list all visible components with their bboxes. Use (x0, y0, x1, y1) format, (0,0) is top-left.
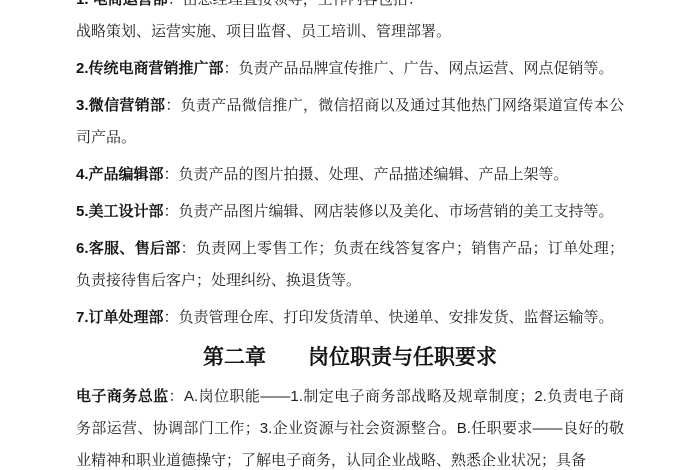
chapter-heading: 第二章岗位职责与任职要求 (76, 339, 624, 377)
org-item-1: 1. 电商运营部：由总经理直接领导，工作内容包括： (76, 0, 624, 16)
dept-name-2: 2.传统电商营销推广部 (76, 60, 224, 77)
chapter-number: 第二章 (203, 346, 266, 369)
chapter-title: 岗位职责与任职要求 (308, 346, 497, 369)
document-page: 1. 电商运营部：由总经理直接领导，工作内容包括： 战略策划、运营实施、项目监督… (0, 0, 700, 470)
org-item-6: 6.客服、售后部：负责网上零售工作；负责在线答复客户；销售产品；订单处理；负责接… (76, 233, 624, 297)
dept-name-3: 3.微信营销部 (76, 97, 165, 114)
org-item-1-continued: 战略策划、运营实施、项目监督、员工培训、管理部署。 (76, 16, 624, 48)
org-item-7: 7.订单处理部：负责管理仓库、打印发货清单、快递单、安排发货、监督运输等。 (76, 302, 624, 334)
dept-desc-7: ：负责管理仓库、打印发货清单、快递单、安排发货、监督运输等。 (164, 309, 614, 326)
dept-name-1: 1. 电商运营部 (76, 0, 168, 8)
org-item-3: 3.微信营销部：负责产品微信推广，微信招商以及通过其他热门网络渠道宣传本公司产品… (76, 90, 624, 154)
dept-desc-5: ：负责产品图片编辑、网店装修以及美化、市场营销的美工支持等。 (164, 203, 614, 220)
dept-desc-2: ：负责产品品牌宣传推广、广告、网点运营、网点促销等。 (224, 60, 614, 77)
dept-name-4: 4.产品编辑部 (76, 166, 164, 183)
org-item-4: 4.产品编辑部：负责产品的图片拍摄、处理、产品描述编辑、产品上架等。 (76, 159, 624, 191)
dept-name-7: 7.订单处理部 (76, 309, 164, 326)
dept-name-6: 6.客服、售后部 (76, 240, 181, 257)
dept-desc-1b: 战略策划、运营实施、项目监督、员工培训、管理部署。 (76, 23, 451, 40)
org-item-5: 5.美工设计部：负责产品图片编辑、网店装修以及美化、市场营销的美工支持等。 (76, 196, 624, 228)
document-content: 1. 电商运营部：由总经理直接领导，工作内容包括： 战略策划、运营实施、项目监督… (76, 0, 624, 470)
dept-desc-1: ：由总经理直接领导，工作内容包括： (168, 0, 423, 8)
director-paragraph: 电子商务总监：A.岗位职能——1.制定电子商务部战略及规章制度；2.负责电子商务… (76, 381, 624, 470)
director-title: 电子商务总监 (76, 388, 169, 405)
dept-name-5: 5.美工设计部 (76, 203, 164, 220)
dept-desc-4: ：负责产品的图片拍摄、处理、产品描述编辑、产品上架等。 (164, 166, 569, 183)
org-item-2: 2.传统电商营销推广部：负责产品品牌宣传推广、广告、网点运营、网点促销等。 (76, 53, 624, 85)
